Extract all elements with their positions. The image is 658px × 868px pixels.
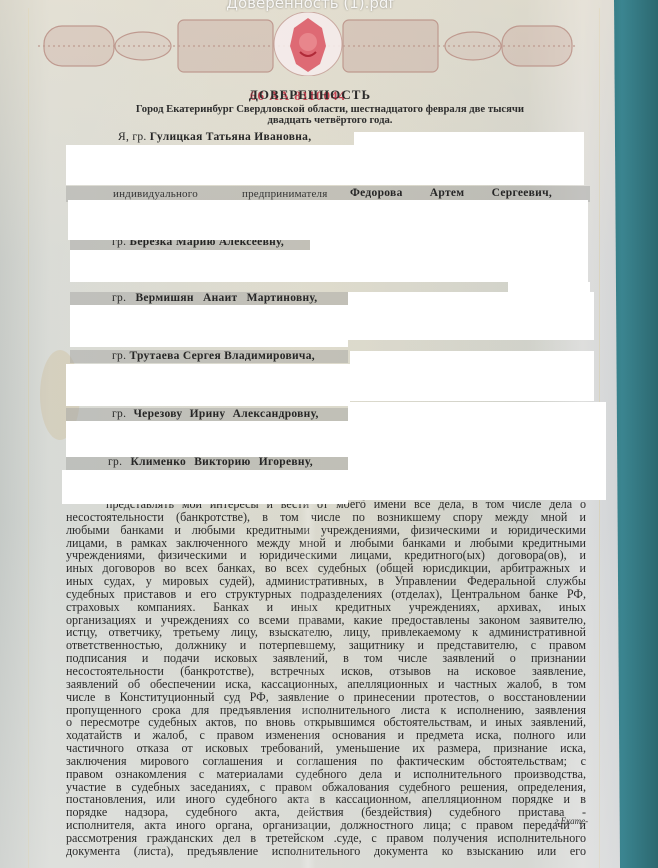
body-line: заявлений об обеспечении иска, кассацион… [66, 678, 586, 691]
city-date-line: Город Екатеринбург Свердловской области,… [78, 104, 582, 126]
redaction-box [508, 282, 590, 292]
attorney-2: гр. Вермишян Анаит Мартиновну, [112, 292, 317, 304]
body-line: любыми банками и любыми кредитными учреж… [66, 524, 586, 537]
body-line: страховых компаниях. Банках и иных креди… [66, 601, 586, 614]
body-line: правом ознакомления с материалами судебн… [66, 768, 586, 781]
page-continuation-mark: г.Екате- [555, 816, 588, 826]
redaction-box [310, 240, 588, 254]
body-line: рассмотрения гражданских дел в третейско… [66, 832, 586, 845]
redaction-box [348, 292, 594, 340]
body-line: числе в Конституционный суд РФ, заявлени… [66, 691, 586, 704]
redaction-box [66, 364, 350, 406]
body-line: несостоятельности (банкротстве), встречн… [66, 665, 586, 678]
principal-line: Я, гр. Гулицкая Татьяна Ивановна, [118, 131, 311, 143]
redaction-box [350, 351, 594, 401]
document-body: представлять мои интересы и вести от мое… [66, 498, 586, 858]
redaction-box [62, 470, 606, 490]
redaction-box [70, 305, 348, 347]
body-line: частичного отказа от исковых требований,… [66, 742, 586, 755]
ornament-header [38, 12, 578, 76]
body-line: документа (листа), предъявление исполнит… [66, 845, 586, 858]
emblem-icon [274, 12, 342, 76]
file-title: Доверенность (1).pdf [0, 0, 620, 12]
body-line: несостоятельности (банкротстве), в том ч… [66, 511, 586, 524]
body-line: заключения мирового соглашения и соглаше… [66, 755, 586, 768]
redaction-box [66, 145, 584, 185]
body-line: исполнителя, акта иного органа, организа… [66, 819, 586, 832]
body-line: иных судах, у мировых судей), администра… [66, 575, 586, 588]
attorney-3: гр. Трутаева Сергея Владимировича, [112, 350, 315, 362]
attorney-5: гр. Клименко Викторию Игоревну, [108, 456, 313, 468]
body-line: судебных приставов и его структурных под… [66, 588, 586, 601]
ip-name: Федорова Артем Сергеевич, [350, 187, 552, 199]
ip-line-middle: предпринимателя [242, 188, 328, 200]
redaction-box [66, 421, 348, 457]
ip-line-left: индивидуального [113, 188, 198, 200]
attorney-4: гр. Черезову Ирину Александровну, [112, 408, 319, 420]
redaction-box [68, 200, 588, 240]
document-title: ДОВЕРЕННОСТЬ [0, 87, 620, 103]
redaction-box [70, 250, 588, 282]
